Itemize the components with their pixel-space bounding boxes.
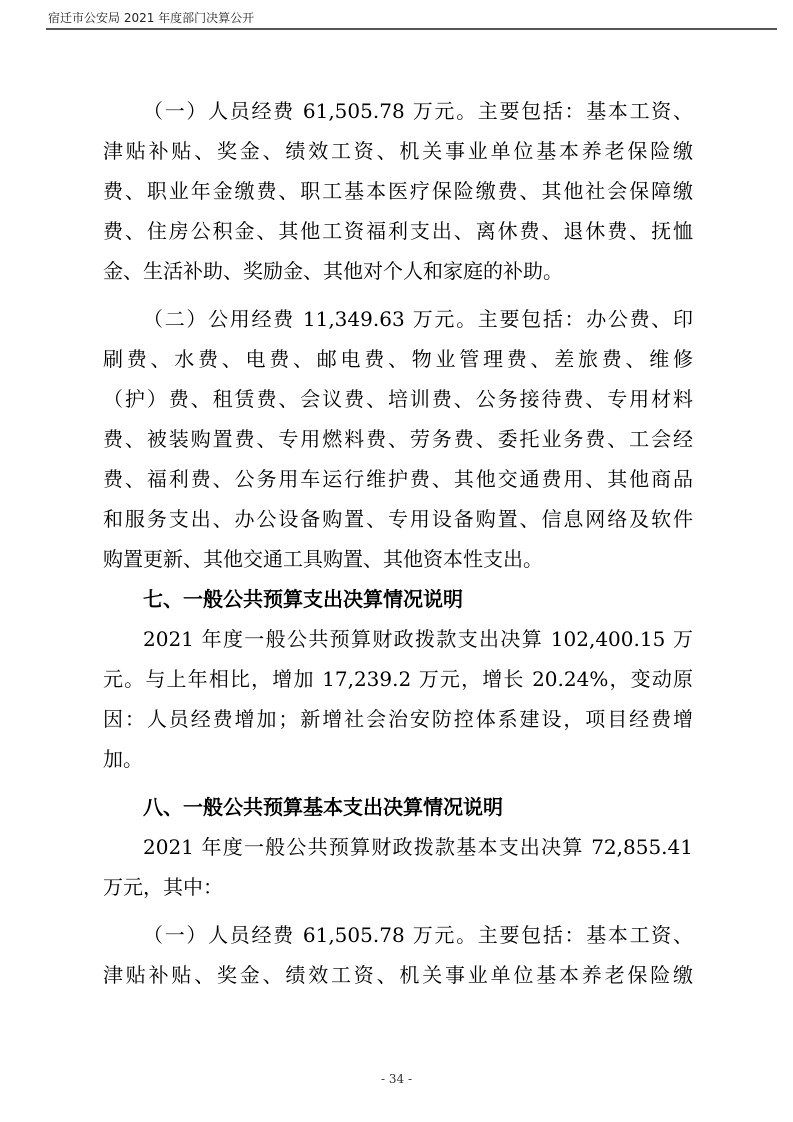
section-heading-8: 八、一般公共预算基本支出决算情况说明 [103,787,693,827]
paragraph-personnel-expenses-repeat: （一）人员经费 61,505.78 万元。主要包括：基本工资、 津贴补贴、奖金、… [103,915,693,995]
text-line: 津贴补贴、奖金、绩效工资、机关事业单位基本养老保险缴 [103,131,693,171]
paragraph-basic-expenditure: 2021 年度一般公共预算财政拨款基本支出决算 72,855.41 万元，其中： [103,827,693,907]
text-line: 和服务支出、办公设备购置、专用设备购置、信息网络及软件 [103,499,693,539]
text-line: 元。与上年相比，增加 17,239.2 万元，增长 20.24%，变动原 [103,659,693,699]
paragraph-personnel-expenses: （一）人员经费 61,505.78 万元。主要包括：基本工资、 津贴补贴、奖金、… [103,91,693,291]
page-number: - 34 - [0,1072,793,1086]
text-line: （一）人员经费 61,505.78 万元。主要包括：基本工资、 [103,91,693,131]
text-line: 费、福利费、公务用车运行维护费、其他交通费用、其他商品 [103,459,693,499]
text-line: 费、被装购置费、专用燃料费、劳务费、委托业务费、工会经 [103,419,693,459]
text-line: 津贴补贴、奖金、绩效工资、机关事业单位基本养老保险缴 [103,955,693,995]
text-line: （一）人员经费 61,505.78 万元。主要包括：基本工资、 [103,915,693,955]
text-line: 万元，其中： [103,867,693,907]
text-line: （护）费、租赁费、会议费、培训费、公务接待费、专用材料 [103,379,693,419]
text-line: 费、住房公积金、其他工资福利支出、离休费、退休费、抚恤 [103,211,693,251]
document-body: （一）人员经费 61,505.78 万元。主要包括：基本工资、 津贴补贴、奖金、… [103,91,693,995]
text-line: 因：人员经费增加；新增社会治安防控体系建设，项目经费增 [103,699,693,739]
text-line: 购置更新、其他交通工具购置、其他资本性支出。 [103,539,693,579]
section-heading-7: 七、一般公共预算支出决算情况说明 [103,579,693,619]
text-line: （二）公用经费 11,349.63 万元。主要包括：办公费、印 [103,299,693,339]
paragraph-public-expenses: （二）公用经费 11,349.63 万元。主要包括：办公费、印 刷费、水费、电费… [103,299,693,579]
text-line: 加。 [103,739,693,779]
text-line: 2021 年度一般公共预算财政拨款支出决算 102,400.15 万 [103,619,693,659]
paragraph-budget-expenditure: 2021 年度一般公共预算财政拨款支出决算 102,400.15 万 元。与上年… [103,619,693,779]
header-title: 宿迁市公安局 2021 年度部门决算公开 [48,9,254,26]
page-header: 宿迁市公安局 2021 年度部门决算公开 [46,8,777,30]
text-line: 费、职业年金缴费、职工基本医疗保险缴费、其他社会保障缴 [103,171,693,211]
text-line: 金、生活补助、奖励金、其他对个人和家庭的补助。 [103,251,693,291]
text-line: 刷费、水费、电费、邮电费、物业管理费、差旅费、维修 [103,339,693,379]
text-line: 2021 年度一般公共预算财政拨款基本支出决算 72,855.41 [103,827,693,867]
